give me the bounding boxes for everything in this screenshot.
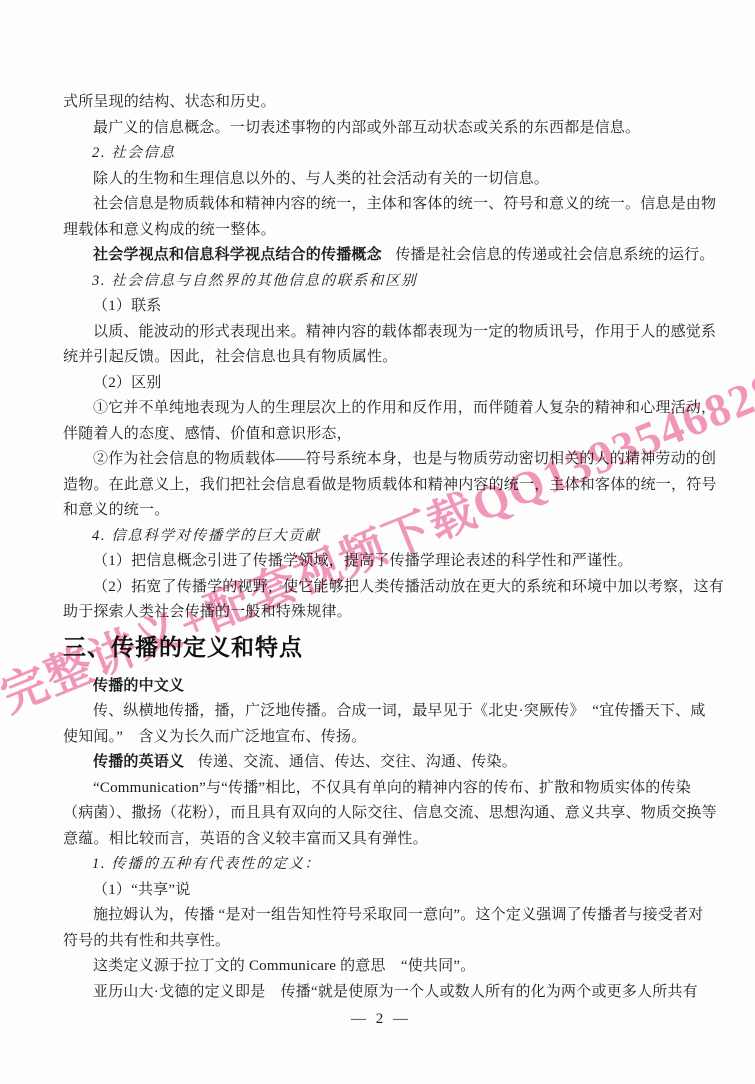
section-heading: 三、传播的定义和特点 [63,632,699,662]
bold-term: 社会学视点和信息科学视点结合的传播概念 [93,247,382,263]
text-line: 统并引起反馈。因此，社会信息也具有物质属性。 [63,345,699,371]
text-line: 造物。在此意义上，我们把社会信息看做是物质载体和精神内容的统一，主体和客体的统一… [63,473,699,499]
text-line: 助于探索人类社会传播的一般和特殊规律。 [63,600,699,626]
list-item-heading: 4. 信息科学对传播学的巨大贡献 [63,524,699,550]
text-line: （2）拓宽了传播学的视野，使它能够把人类传播活动放在更大的系统和环境中加以考察，… [63,575,699,601]
text-line: 社会信息是物质载体和精神内容的统一，主体和客体的统一、符号和意义的统一。信息是由… [63,192,699,218]
text-line: （1）把信息概念引进了传播学领域，提高了传播学理论表述的科学性和严谨性。 [63,549,699,575]
sub-heading: 传播的中文义 [63,674,699,700]
text-run: 传播是社会信息的传递或社会信息系统的运行。 [395,247,714,263]
text-line: 社会学视点和信息科学视点结合的传播概念传播是社会信息的传递或社会信息系统的运行。 [63,243,699,269]
list-item-heading: 2. 社会信息 [63,141,699,167]
text-line: 亚历山大·戈德的定义即是 传播“就是使原为一个人或数人所有的化为两个或更多人所共… [63,980,699,1006]
text-line: 理载体和意义构成的统一整体。 [63,218,699,244]
text-line: 这类定义源于拉丁文的 Communicare 的意思 “使共同”。 [63,954,699,980]
bold-term: 传播的英语义 [93,754,184,770]
text-line: 使知闻。” 含义为长久而广泛地宣布、传扬。 [63,725,699,751]
text-line: 以质、能波动的形式表现出来。精神内容的载体都表现为一定的物质讯号，作用于人的感觉… [63,320,699,346]
text-line: “Communication”与“传播”相比，不仅具有单向的精神内容的传布、扩散… [63,776,699,802]
text-line: （病菌）、撒扬（花粉），而且具有双向的人际交往、信息交流、思想沟通、意义共享、物… [63,801,699,827]
text-line: （2）区别 [63,371,699,397]
text-line: 和意义的统一。 [63,498,699,524]
text-line: （1）联系 [63,294,699,320]
text-line: 符号的共有性和共享性。 [63,929,699,955]
text-line: 施拉姆认为，传播 “是对一组告知性符号采取同一意向”。这个定义强调了传播者与接受… [63,903,699,929]
text-line: 式所呈现的结构、状态和历史。 [63,90,699,116]
text-line: 意蕴。相比较而言，英语的含义较丰富而又具有弹性。 [63,827,699,853]
text-line: 传播的英语义传递、交流、通信、传达、交往、沟通、传染。 [63,750,699,776]
text-line: 除人的生物和生理信息以外的、与人类的社会活动有关的一切信息。 [63,167,699,193]
text-line: 最广义的信息概念。一切表述事物的内部或外部互动状态或关系的东西都是信息。 [63,116,699,142]
text-run: 传递、交流、通信、传达、交往、沟通、传染。 [198,754,517,770]
document-page: 完整讲义+配套视频下载QQ1393546828 式所呈现的结构、状态和历史。 最… [0,0,755,1084]
text-line: ②作为社会信息的物质载体——符号系统本身，也是与物质劳动密切相关的人的精神劳动的… [63,447,699,473]
page-number: — 2 — [63,1007,699,1032]
list-item-heading: 3. 社会信息与自然界的其他信息的联系和区别 [63,269,699,295]
text-line: （1）“共享”说 [63,878,699,904]
text-line: 伴随着人的态度、感情、价值和意识形态， [63,422,699,448]
text-line: ①它并不单纯地表现为人的生理层次上的作用和反作用，而伴随着人复杂的精神和心理活动… [63,396,699,422]
text-line: 传、纵横地传播，播，广泛地传播。合成一词，最早见于《北史·突厥传》 “宜传播天下… [63,699,699,725]
page-content: 式所呈现的结构、状态和历史。 最广义的信息概念。一切表述事物的内部或外部互动状态… [63,90,699,1032]
list-item-heading: 1. 传播的五种有代表性的定义： [63,852,699,878]
